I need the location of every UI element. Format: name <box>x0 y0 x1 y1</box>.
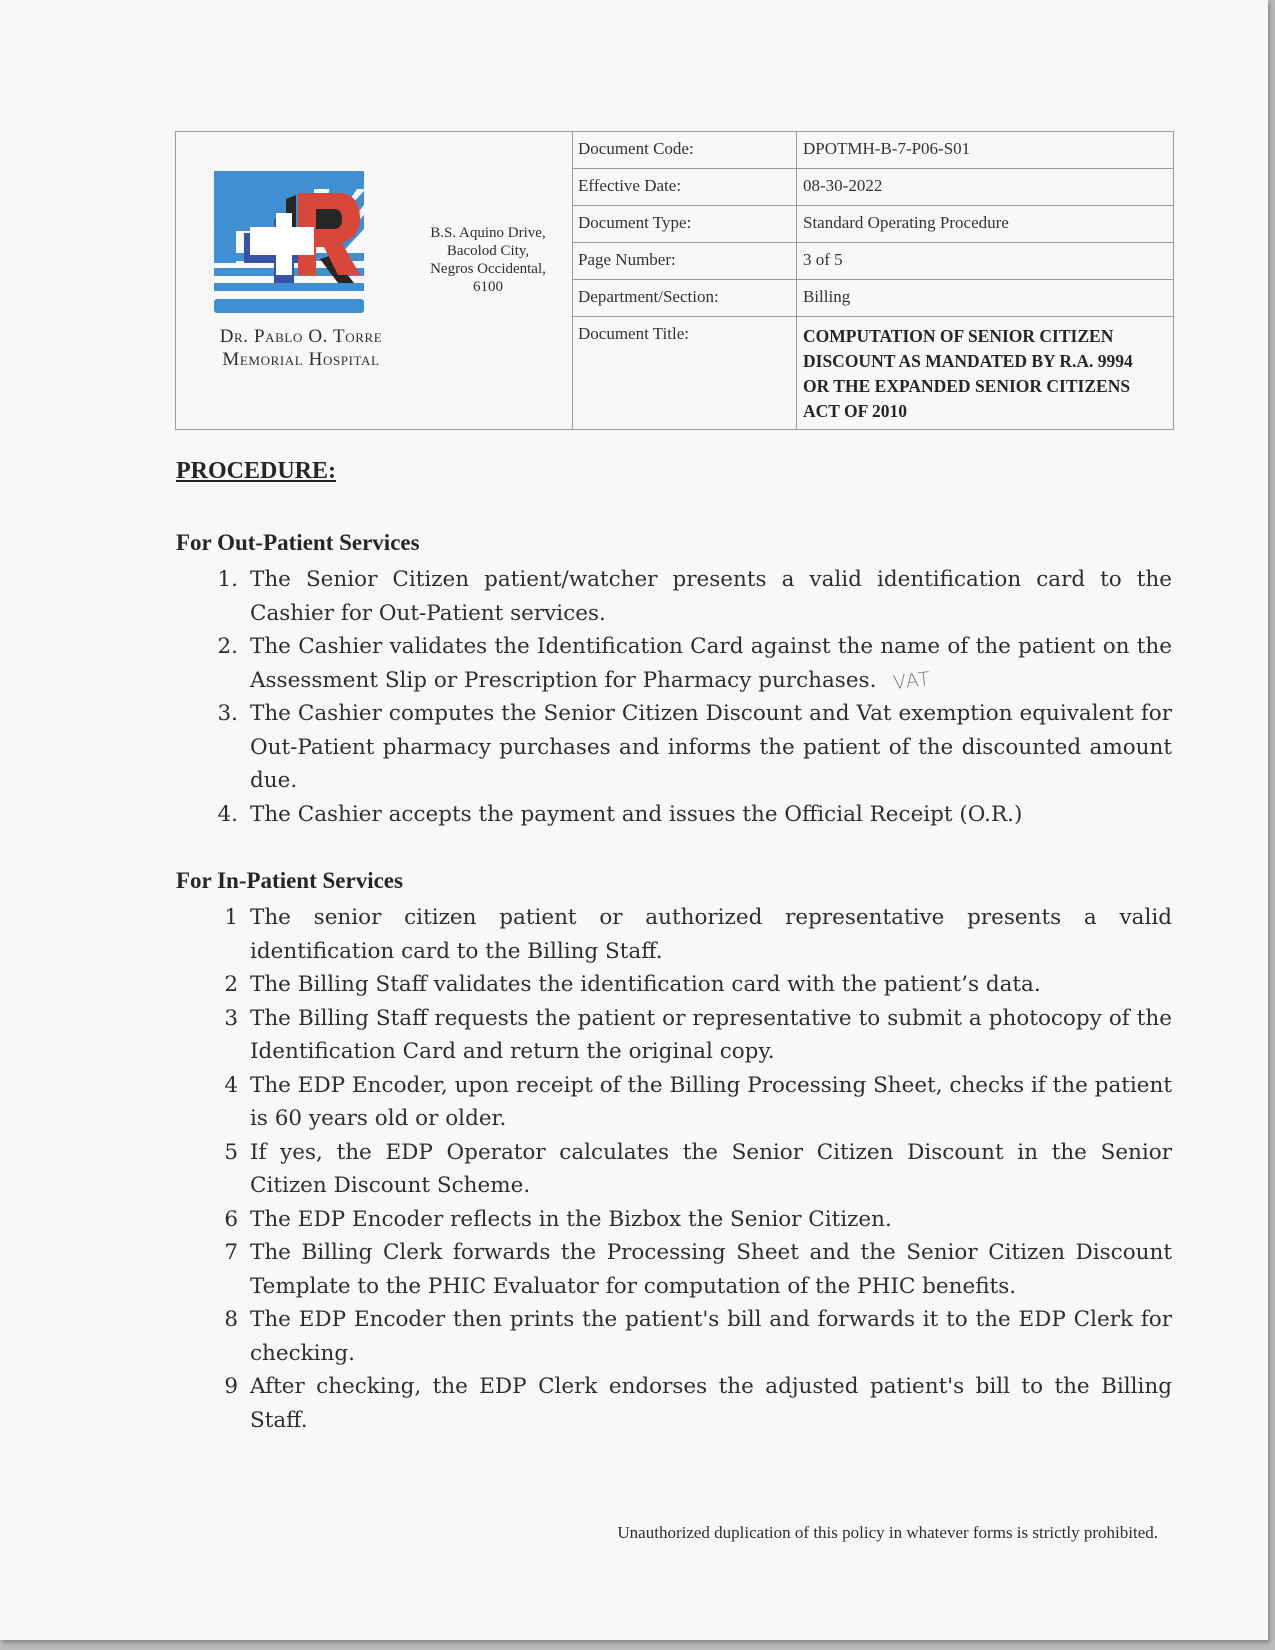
document-code: DPOTMH-B-7-P06-S01 <box>797 132 1173 168</box>
list-item: 4.The Cashier accepts the payment and is… <box>208 798 1172 832</box>
document-header-table: Dr. Pablo O. Torre Memorial Hospital B.S… <box>175 131 1174 430</box>
list-item: 2.The Cashier validates the Identificati… <box>208 630 1172 697</box>
meta-row-page-number: Page Number: 3 of 5 <box>572 243 1173 280</box>
section-title-in-patient: For In-Patient Services <box>176 868 403 894</box>
list-item: 6The EDP Encoder reflects in the Bizbox … <box>208 1203 1172 1237</box>
list-item: 5If yes, the EDP Operator calculates the… <box>208 1136 1172 1203</box>
list-item: 3The Billing Staff requests the patient … <box>208 1002 1172 1069</box>
section-title-out-patient: For Out-Patient Services <box>176 530 420 556</box>
meta-row-document-code: Document Code: DPOTMH-B-7-P06-S01 <box>572 132 1173 169</box>
list-item: 9After checking, the EDP Clerk endorses … <box>208 1370 1172 1437</box>
page-number: 3 of 5 <box>797 243 1173 279</box>
procedure-heading: PROCEDURE: <box>176 458 336 485</box>
logo-cell: Dr. Pablo O. Torre Memorial Hospital B.S… <box>176 132 573 429</box>
document-page: Dr. Pablo O. Torre Memorial Hospital B.S… <box>0 0 1268 1640</box>
list-item: 1.The Senior Citizen patient/watcher pre… <box>208 563 1172 630</box>
list-item: 1The senior citizen patient or authorize… <box>208 901 1172 968</box>
effective-date: 08-30-2022 <box>797 169 1173 205</box>
meta-row-document-type: Document Type: Standard Operating Proced… <box>572 206 1173 243</box>
meta-row-department: Department/Section: Billing <box>572 280 1173 317</box>
meta-row-document-title: Document Title: COMPUTATION OF SENIOR CI… <box>572 317 1173 430</box>
footer-disclaimer: Unauthorized duplication of this policy … <box>617 1523 1158 1543</box>
hospital-address: B.S. Aquino Drive, Bacolod City, Negros … <box>408 224 568 296</box>
list-item: 4The EDP Encoder, upon receipt of the Bi… <box>208 1069 1172 1136</box>
list-item: 2The Billing Staff validates the identif… <box>208 968 1172 1002</box>
document-meta: Document Code: DPOTMH-B-7-P06-S01 Effect… <box>572 132 1173 429</box>
hospital-logo-icon <box>214 171 369 321</box>
list-item: 8The EDP Encoder then prints the patient… <box>208 1303 1172 1370</box>
list-item: 7The Billing Clerk forwards the Processi… <box>208 1236 1172 1303</box>
in-patient-steps: 1The senior citizen patient or authorize… <box>208 901 1172 1437</box>
hospital-name: Dr. Pablo O. Torre Memorial Hospital <box>186 325 416 371</box>
document-title: COMPUTATION OF SENIOR CITIZEN DISCOUNT A… <box>797 317 1173 430</box>
department: Billing <box>797 280 1173 316</box>
meta-row-effective-date: Effective Date: 08-30-2022 <box>572 169 1173 206</box>
out-patient-steps: 1.The Senior Citizen patient/watcher pre… <box>208 563 1172 831</box>
list-item: 3.The Cashier computes the Senior Citize… <box>208 697 1172 798</box>
document-type: Standard Operating Procedure <box>797 206 1173 242</box>
handwritten-vat-annotation: VAT <box>892 668 932 694</box>
